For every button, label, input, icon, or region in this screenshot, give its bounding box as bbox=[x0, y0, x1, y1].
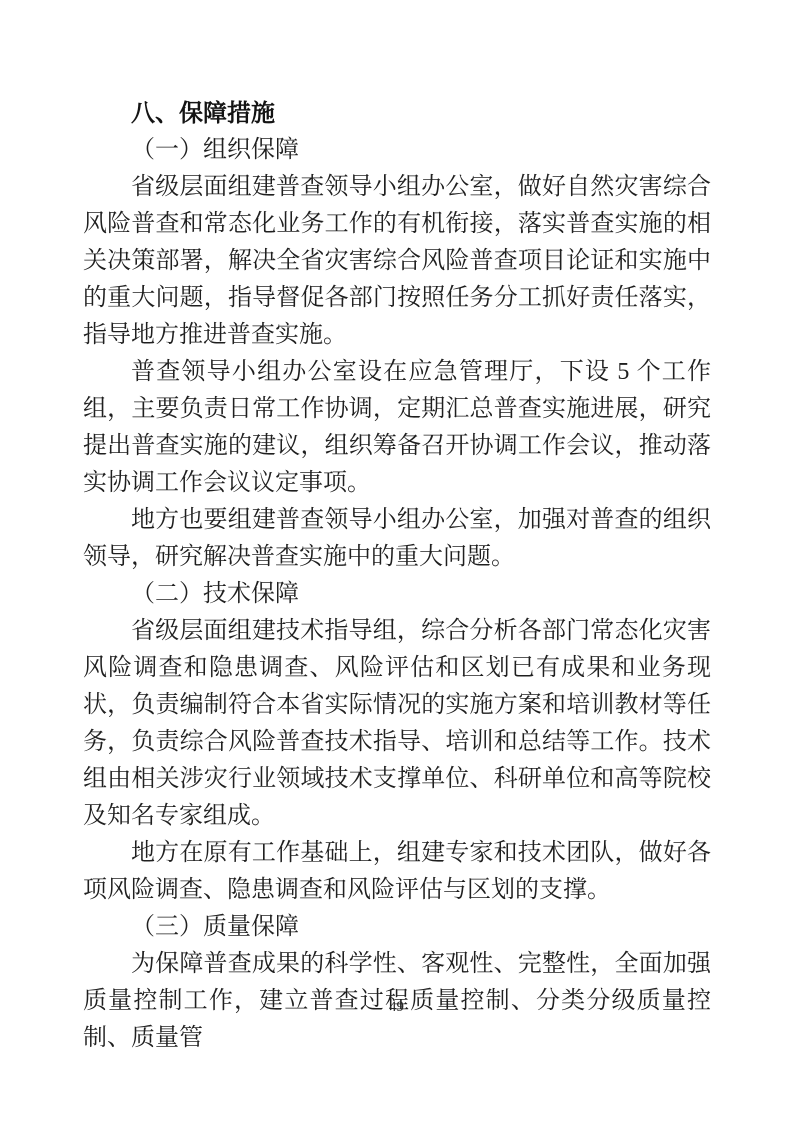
paragraph: 地方也要组建普查领导小组办公室，加强对普查的组织领导，研究解决普查实施中的重大问… bbox=[83, 502, 711, 576]
paragraph: 地方在原有工作基础上，组建专家和技术团队，做好各项风险调查、隐患调查和风险评估与… bbox=[83, 835, 711, 909]
paragraph: 省级层面组建技术指导组，综合分析各部门常态化灾害风险调查和隐患调查、风险评估和区… bbox=[83, 613, 711, 835]
document-page: 八、保障措施 （一）组织保障 省级层面组建普查领导小组办公室，做好自然灾害综合风… bbox=[0, 0, 793, 1122]
paragraph: 省级层面组建普查领导小组办公室，做好自然灾害综合风险普查和常态化业务工作的有机衔… bbox=[83, 169, 711, 354]
page-content: 八、保障措施 （一）组织保障 省级层面组建普查领导小组办公室，做好自然灾害综合风… bbox=[83, 95, 711, 1057]
subheading-organizational-support: （一）组织保障 bbox=[83, 132, 711, 169]
page-number: 49 bbox=[0, 999, 793, 1016]
subheading-technical-support: （二）技术保障 bbox=[83, 576, 711, 613]
section-heading: 八、保障措施 bbox=[83, 95, 711, 132]
subheading-quality-support: （三）质量保障 bbox=[83, 909, 711, 946]
paragraph: 普查领导小组办公室设在应急管理厅，下设 5 个工作组，主要负责日常工作协调，定期… bbox=[83, 354, 711, 502]
